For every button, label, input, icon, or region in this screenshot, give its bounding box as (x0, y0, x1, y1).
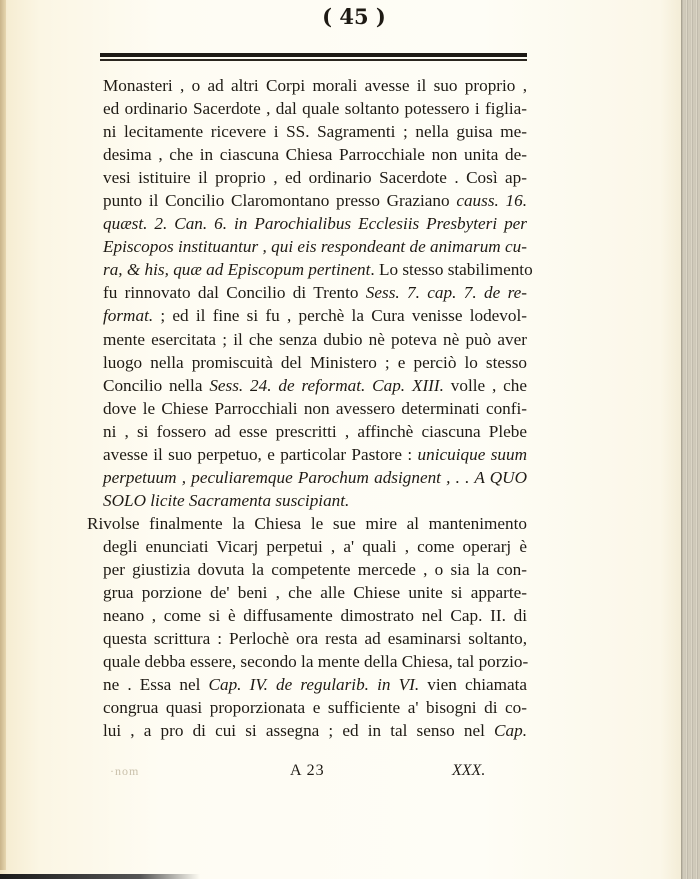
text-line: SOLO licite Sacramenta suscipiant. (103, 489, 527, 512)
header-rule-thick (100, 53, 527, 57)
text-line: dove le Chiese Parrocchiali non avessero… (103, 397, 527, 420)
citation-italic: Cap. (494, 721, 527, 740)
text-line: per giustizia dovuta la competente merce… (103, 558, 527, 581)
text-span: avesse il suo perpetuo, e particolar Pas… (103, 445, 418, 464)
citation-italic: Sess. 24. de reformat. Cap. XIII. (209, 376, 444, 395)
text-line: fu rinnovato dal Concilio di Trento Sess… (103, 281, 527, 304)
latin-quote: Episcopos instituantur , qui eis respond… (103, 237, 527, 256)
catchword: XXX. (452, 762, 485, 780)
text-line: ed ordinario Sacerdote , dal quale solta… (103, 97, 527, 120)
bleed-through-text: ·nom (110, 764, 139, 779)
text-line: format. ; ed il fine si fu , perchè la C… (103, 304, 527, 327)
latin-quote: quæst. 2. Can. 6. in Parochialibus Eccle… (103, 214, 527, 233)
gutter-shadow (0, 0, 6, 870)
text-span: vien chiamata (419, 675, 527, 694)
citation-italic: Cap. IV. de regularib. in VI. (209, 675, 420, 694)
text-line: Monasteri , o ad altri Corpi morali aves… (103, 74, 527, 97)
book-page: ( 45 ) Monasteri , o ad altri Corpi mora… (0, 0, 700, 879)
citation-italic: Sess. 7. cap. 7. de re- (366, 283, 527, 302)
page-stack-edge (681, 0, 700, 879)
text-line: punto il Concilio Claromontano presso Gr… (103, 189, 527, 212)
latin-quote: perpetuum , peculiaremque Parochum adsig… (103, 468, 527, 487)
text-span: volle , che (444, 376, 527, 395)
citation-italic: causs. 16. (456, 191, 527, 210)
text-span: . Lo stesso stabilimento (370, 260, 532, 279)
text-span: fu rinnovato dal Concilio di Trento (103, 283, 366, 302)
text-line: lui , a pro di cui si assegna ; ed in ta… (103, 719, 527, 742)
text-line: vesi istituire il proprio , ed ordinario… (103, 166, 527, 189)
text-line: quæst. 2. Can. 6. in Parochialibus Eccle… (103, 212, 527, 235)
text-line: avesse il suo perpetuo, e particolar Pas… (103, 443, 527, 466)
text-line: Concilio nella Sess. 24. de reformat. Ca… (103, 374, 527, 397)
bottom-shadow (0, 874, 200, 879)
text-line: quale debba essere, secondo la mente del… (103, 650, 527, 673)
text-span: Concilio nella (103, 376, 209, 395)
body-text: Monasteri , o ad altri Corpi morali aves… (103, 74, 527, 742)
header-rule-thin (100, 59, 527, 61)
signature-mark: A 23 (290, 762, 325, 780)
text-line: ra, & his, quæ ad Episcopum pertinent. L… (103, 258, 527, 281)
page-number: ( 45 ) (0, 4, 700, 29)
text-line: congrua quasi proporzionata e sufficient… (103, 696, 527, 719)
latin-quote: ra, & his, quæ ad Episcopum pertinent (103, 260, 370, 279)
text-line: ni lecitamente ricevere i SS. Sagramenti… (103, 120, 527, 143)
paragraph-start-line: Rivolse finalmente la Chiesa le sue mire… (87, 512, 527, 535)
text-span: lui , a pro di cui si assegna ; ed in ta… (103, 721, 494, 740)
latin-quote: unicuique suum (418, 445, 527, 464)
text-line: mente esercitata ; il che senza dubio nè… (103, 328, 527, 351)
text-span: ; ed il fine si fu , perchè la Cura veni… (153, 306, 527, 325)
text-span: ne . Essa nel (103, 675, 209, 694)
text-line: degli enunciati Vicarj perpetui , a' qua… (103, 535, 527, 558)
text-line: desima , che in ciascuna Chiesa Parrocch… (103, 143, 527, 166)
text-line: ne . Essa nel Cap. IV. de regularib. in … (103, 673, 527, 696)
text-line: grua porzione de' beni , che alle Chiese… (103, 581, 527, 604)
text-line: luogo nella promiscuità del Ministero ; … (103, 351, 527, 374)
citation-italic: format. (103, 306, 153, 325)
text-line: neano , come si è diffusamente dimostrat… (103, 604, 527, 627)
latin-quote: SOLO licite Sacramenta suscipiant. (103, 491, 349, 510)
text-span: punto il Concilio Claromontano presso Gr… (103, 191, 456, 210)
text-line: ni , si fossero ad esse prescritti , aff… (103, 420, 527, 443)
text-line: questa scrittura : Perlochè ora resta ad… (103, 627, 527, 650)
text-line: perpetuum , peculiaremque Parochum adsig… (103, 466, 527, 489)
text-line: Episcopos instituantur , qui eis respond… (103, 235, 527, 258)
